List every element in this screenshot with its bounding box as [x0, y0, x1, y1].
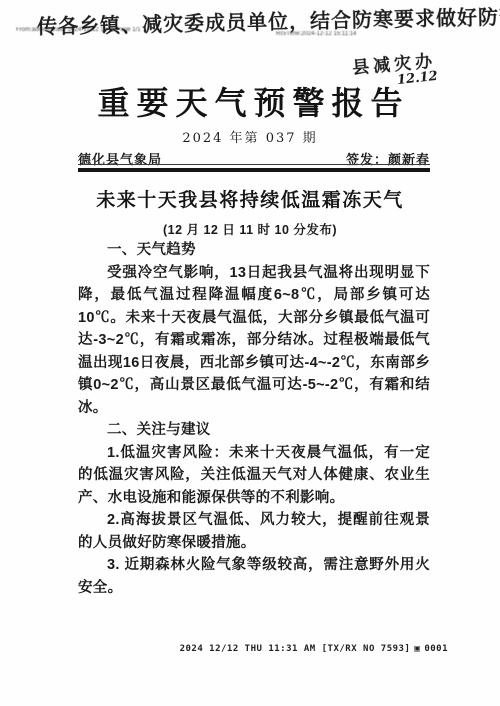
fax-footer: 2024 12/12 THU 11:31 AM [TX/RX NO 7593] …	[180, 644, 448, 654]
section-heading: 二、关注与建议	[78, 419, 430, 442]
paragraph: 3. 近期森林火险气象等级较高，需注意野外用火安全。	[78, 554, 430, 599]
fax-footer-text: 2024 12/12 THU 11:31 AM [TX/RX NO 7593]	[180, 644, 411, 654]
paragraph: 1.低温灾害风险：未来十天夜晨气温低，有一定的低温灾害风险，关注低温天气对人体健…	[78, 442, 430, 510]
issue-number: 2024 年第 037 期	[0, 127, 500, 146]
divider-thick-rule	[78, 168, 430, 172]
section-heading: 一、天气趋势	[78, 239, 430, 262]
paragraph: 受强冷空气影响，13日起我县气温将出现明显下降，最低气温过程降温幅度6~8℃，局…	[78, 262, 430, 420]
paragraph: 2.高海拔景区气温低、风力较大，提醒前往观景的人员做好防寒保暖措施。	[78, 509, 430, 554]
agency-issuer-row: 德化县气象局 签发：颜新春	[78, 149, 430, 168]
publish-time: (12 月 12 日 11 时 10 分发布)	[0, 220, 500, 238]
handwritten-routing-note: 传各乡镇、减灾委成员单位，结合防寒要求做好防范。	[37, 2, 468, 40]
warning-headline: 未来十天我县将持续低温霜冻天气	[0, 185, 500, 212]
document-body: 一、天气趋势受强冷空气影响，13日起我县气温将出现明显下降，最低气温过程降温幅度…	[78, 239, 430, 599]
document-title: 重要天气预警报告	[0, 78, 500, 124]
fax-footer-page-number: 0001	[424, 644, 448, 654]
divider-thin-rule	[78, 164, 430, 165]
scanned-fax-page: From:administrator 2024-12-12 15:11 Page…	[0, 0, 500, 706]
issuer-name: 签发：颜新春	[346, 149, 430, 168]
agency-name: 德化县气象局	[78, 149, 162, 168]
fax-counter-icon: ▣	[414, 644, 420, 654]
